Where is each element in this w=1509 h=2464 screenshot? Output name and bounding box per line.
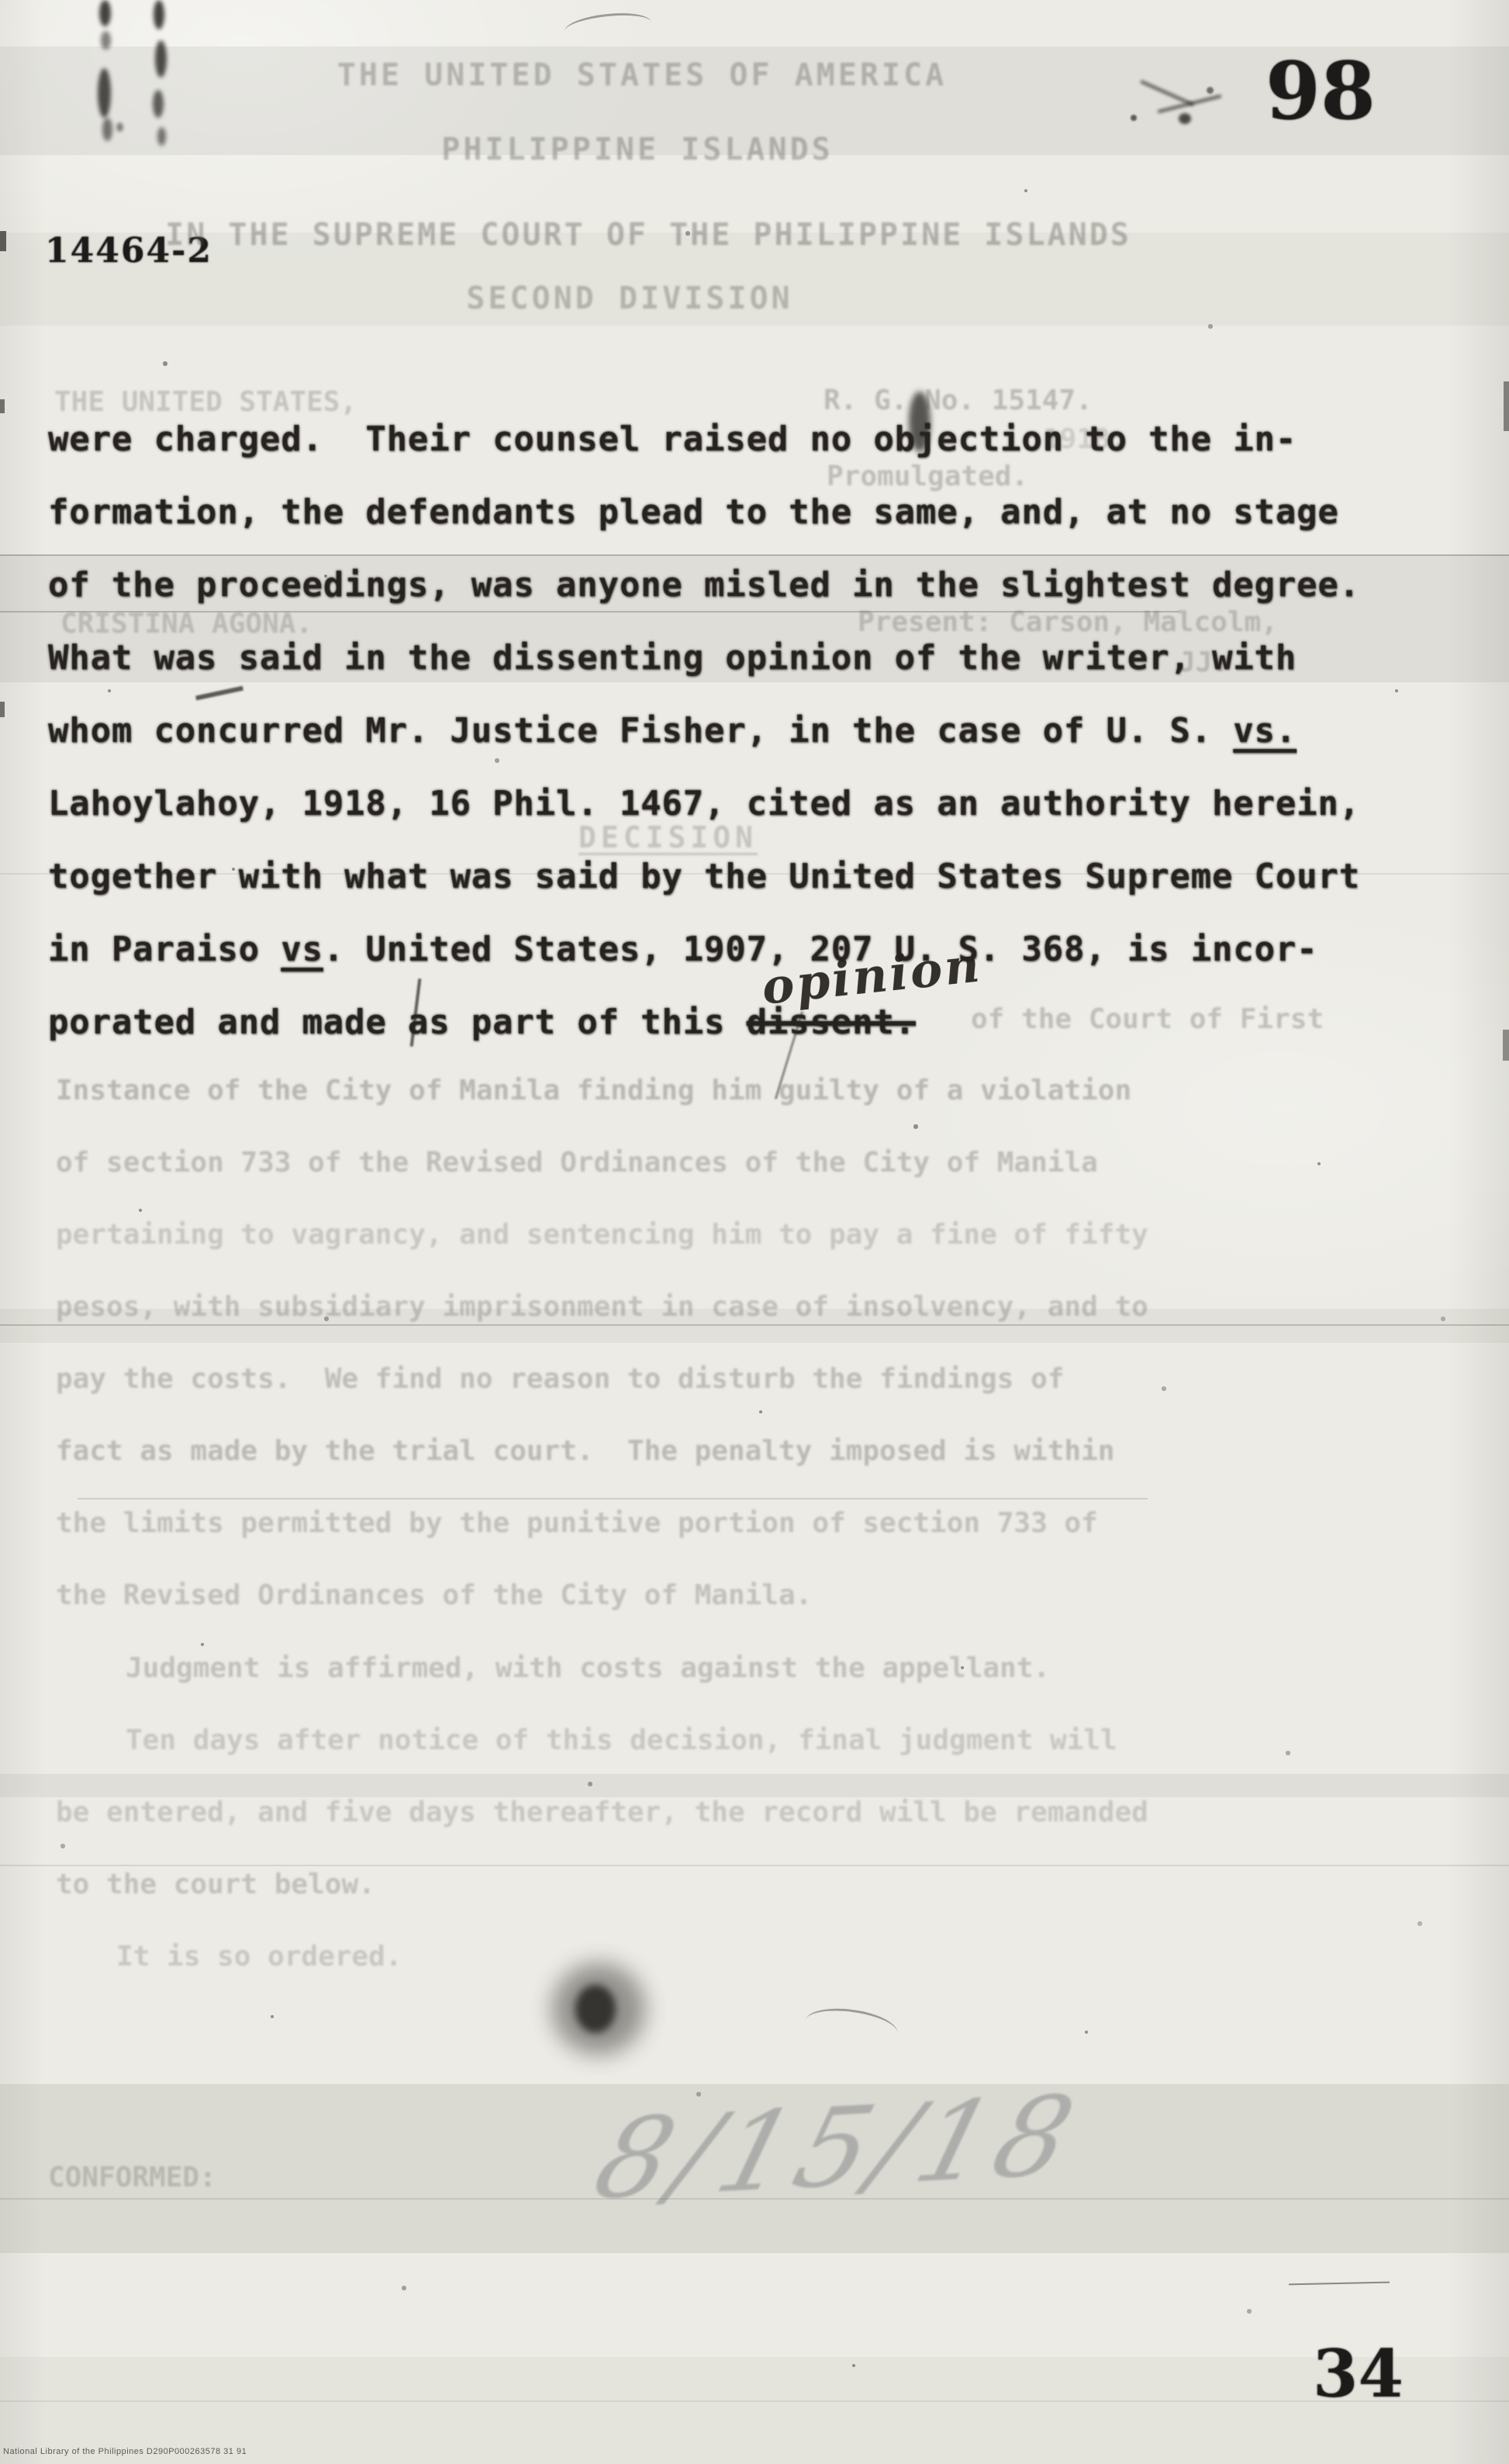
- typed-text: formation, the defendants plead to the s…: [48, 492, 1339, 532]
- struck-out-text: dissent.: [747, 1003, 916, 1042]
- scan-line: [0, 1324, 1509, 1326]
- ghost-typed-line: CRISTINA AGONA.: [60, 608, 313, 640]
- ghost-typed-line: Present: Carson, Malcolm,: [858, 606, 1278, 638]
- scan-line: [78, 1498, 1148, 1499]
- ink-blot: [575, 1985, 616, 2033]
- ink-streak: [98, 68, 111, 118]
- scan-line: [0, 2400, 1509, 2402]
- ink-streak: [155, 40, 167, 78]
- typed-text: of the proceedings, was anyone misled in…: [48, 565, 1360, 605]
- typed-line: Lahoylahoy, 1918, 16 Phil. 1467, cited a…: [48, 784, 1360, 823]
- scan-line: [0, 554, 1509, 556]
- library-microprint: National Library of the Philippines D290…: [3, 2447, 247, 2456]
- edge-mark: [0, 231, 6, 251]
- ghost-typed-line: CONFORMED:: [48, 2162, 216, 2193]
- ghost-typed-line: the limits permitted by the punitive por…: [56, 1507, 1098, 1539]
- typed-text: in Paraiso: [48, 930, 281, 969]
- scan-line: [1289, 2282, 1390, 2286]
- typed-text: together with what was said by the Unite…: [48, 857, 1360, 896]
- ghost-typed-line: be entered, and five days thereafter, th…: [56, 1796, 1148, 1828]
- ghost-typed-line: fact as made by the trial court. The pen…: [56, 1435, 1114, 1467]
- ghost-typed-line: PHILIPPINE ISLANDS: [441, 132, 833, 167]
- ink-speck: [1207, 87, 1214, 94]
- ghost-typed-line: pay the costs. We find no reason to dist…: [56, 1363, 1064, 1395]
- typed-line: together with what was said by the Unite…: [48, 857, 1360, 896]
- typed-line: were charged. Their counsel raised no ob…: [48, 419, 1297, 459]
- ghost-typed-line: DECISION: [578, 820, 758, 854]
- pencil-curve: [803, 2003, 900, 2051]
- ghost-typed-line: of the Court of First: [971, 1003, 1324, 1035]
- ink-speck: [1131, 115, 1137, 121]
- typed-text: . United States, 1907, 207 U. S. 368, is…: [323, 930, 1318, 969]
- ink-streak: [101, 31, 111, 50]
- typed-text: porated and made as part of this: [48, 1003, 747, 1042]
- ink-speck: [1179, 113, 1191, 124]
- ghost-typed-line: It is so ordered.: [116, 1941, 402, 1972]
- ghost-typed-line: THE UNITED STATES OF AMERICA: [337, 57, 947, 93]
- scanned-document-page: 14464-2 98 34 opinion 8/15/18 National L…: [0, 0, 1509, 2464]
- ink-streak: [157, 127, 166, 146]
- typed-text: were charged. Their counsel raised no ob…: [48, 419, 1297, 459]
- ink-streak: [153, 90, 164, 118]
- underlined-text: vs.: [1233, 711, 1297, 751]
- typed-text: What was said in the dissenting opinion …: [48, 638, 1297, 678]
- page-number-top-stamp: 98: [1266, 45, 1376, 138]
- typed-text: Lahoylahoy, 1918, 16 Phil. 1467, cited a…: [48, 784, 1360, 823]
- ghost-typed-line: pesos, with subsidiary imprisonment in c…: [56, 1291, 1148, 1323]
- scan-shading-band: [0, 1774, 1509, 1797]
- edge-mark: [1504, 381, 1509, 431]
- ink-streak: [99, 0, 111, 26]
- typed-line: What was said in the dissenting opinion …: [48, 638, 1297, 678]
- ink-streak: [154, 0, 164, 29]
- typed-line: in Paraiso vs. United States, 1907, 207 …: [48, 930, 1317, 969]
- scan-line: [0, 1865, 1509, 1866]
- handwritten-date-note: 8/15/18: [582, 2072, 1093, 2224]
- underlined-text: vs: [281, 930, 323, 969]
- pencil-scribble: [1140, 80, 1193, 106]
- pen-squiggle: [564, 9, 653, 44]
- ghost-typed-line: of section 733 of the Revised Ordinances…: [56, 1147, 1098, 1179]
- ghost-typed-line: pertaining to vagrancy, and sentencing h…: [56, 1219, 1148, 1251]
- typed-line: formation, the defendants plead to the s…: [48, 492, 1339, 532]
- ink-streak: [102, 118, 112, 141]
- ghost-typed-line: Instance of the City of Manila finding h…: [56, 1075, 1131, 1106]
- ghost-typed-line: the Revised Ordinances of the City of Ma…: [56, 1579, 812, 1611]
- ghost-typed-line: THE UNITED STATES,: [54, 386, 357, 418]
- typed-text: whom concurred Mr. Justice Fisher, in th…: [48, 711, 1233, 751]
- ghost-typed-line: IN THE SUPREME COURT OF THE PHILIPPINE I…: [165, 217, 1131, 253]
- ghost-typed-line: SECOND DIVISION: [466, 281, 792, 316]
- typed-line: of the proceedings, was anyone misled in…: [48, 565, 1360, 605]
- typed-line: porated and made as part of this dissent…: [48, 1003, 916, 1042]
- ghost-typed-line: Judgment is affirmed, with costs against…: [126, 1652, 1050, 1684]
- paper-specks: [0, 0, 2, 2]
- ink-speck: [116, 123, 123, 132]
- typed-line: whom concurred Mr. Justice Fisher, in th…: [48, 711, 1297, 751]
- edge-mark: [0, 702, 5, 717]
- edge-mark: [0, 399, 5, 413]
- ghost-typed-line: Ten days after notice of this decision, …: [126, 1724, 1117, 1756]
- ink-blot: [552, 1963, 645, 2055]
- ghost-typed-line: R. G. No. 15147.: [824, 385, 1093, 416]
- pen-mark: [195, 686, 243, 701]
- edge-mark: [1503, 1030, 1509, 1061]
- pencil-scribble: [1158, 95, 1221, 113]
- ghost-typed-line: Promulgated.: [827, 461, 1028, 492]
- page-number-bottom-stamp: 34: [1313, 2335, 1404, 2412]
- ghost-typed-line: to the court below.: [56, 1869, 375, 1900]
